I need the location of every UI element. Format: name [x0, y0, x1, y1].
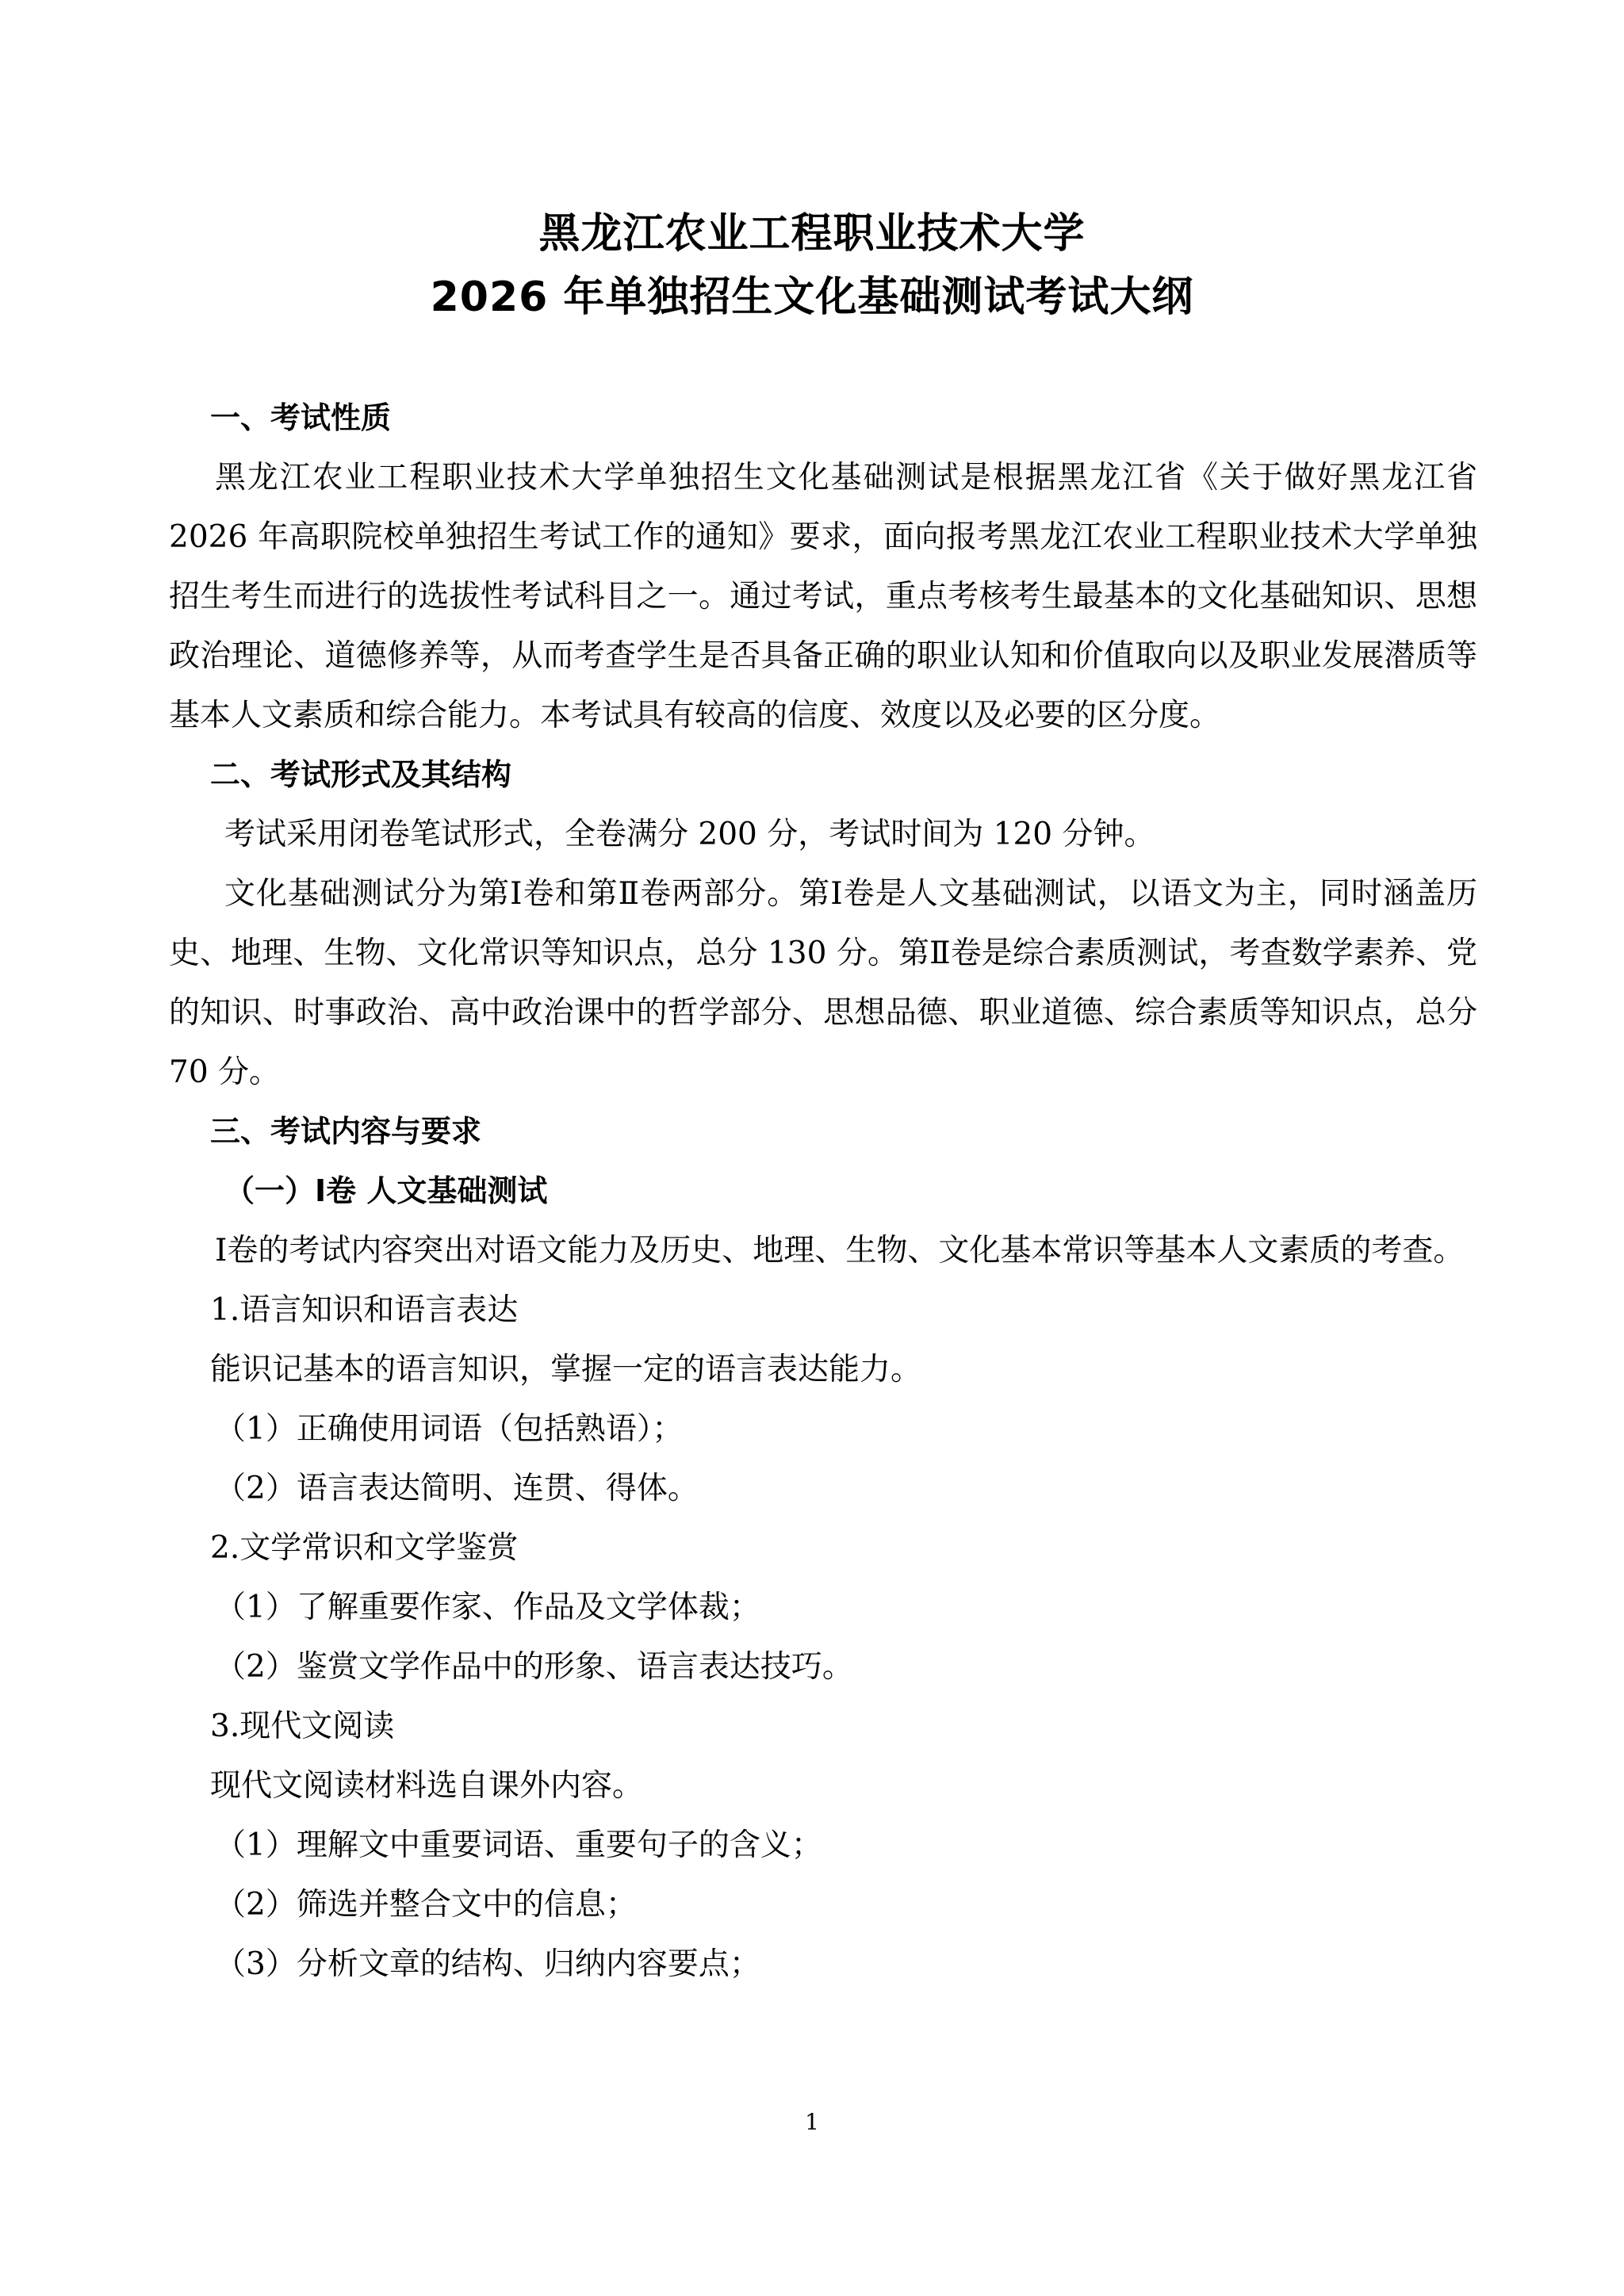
item-point: （3）分析文章的结构、归纳内容要点； — [169, 1934, 1477, 1994]
section-heading-format: 二、考试形式及其结构 — [169, 745, 1477, 805]
item-point: （1）正确使用词语（包括熟语）； — [169, 1399, 1477, 1459]
item-desc-language: 能识记基本的语言知识，掌握一定的语言表达能力。 — [169, 1340, 1477, 1399]
item-title-language: 1.语言知识和语言表达 — [169, 1280, 1477, 1340]
item-desc-modern-reading: 现代文阅读材料选自课外内容。 — [169, 1756, 1477, 1816]
paragraph-exam-structure: 文化基础测试分为第Ⅰ卷和第Ⅱ卷两部分。第Ⅰ卷是人文基础测试，以语文为主，同时涵盖… — [169, 864, 1477, 1102]
item-point: （2）鉴赏文学作品中的形象、语言表达技巧。 — [169, 1637, 1477, 1697]
document-page: 黑龙江农业工程职业技术大学 2026 年单独招生文化基础测试考试大纲 一、考试性… — [0, 0, 1624, 2296]
title-line-syllabus: 2026 年单独招生文化基础测试考试大纲 — [0, 266, 1624, 329]
document-title: 黑龙江农业工程职业技术大学 2026 年单独招生文化基础测试考试大纲 — [0, 202, 1624, 329]
section-heading-nature: 一、考试性质 — [169, 388, 1477, 448]
subsection-heading-paper1: （一）Ⅰ卷 人文基础测试 — [169, 1161, 1477, 1221]
paragraph-exam-format: 考试采用闭卷笔试形式，全卷满分 200 分，考试时间为 120 分钟。 — [169, 805, 1477, 864]
paragraph-paper1-intro: Ⅰ卷的考试内容突出对语文能力及历史、地理、生物、文化基本常识等基本人文素质的考查… — [169, 1221, 1477, 1280]
item-point: （2）筛选并整合文中的信息； — [169, 1875, 1477, 1934]
paragraph-exam-nature: 黑龙江农业工程职业技术大学单独招生文化基础测试是根据黑龙江省《关于做好黑龙江省2… — [169, 448, 1477, 745]
item-title-literature: 2.文学常识和文学鉴赏 — [169, 1518, 1477, 1578]
section-heading-content: 三、考试内容与要求 — [169, 1102, 1477, 1161]
item-point: （1）理解文中重要词语、重要句子的含义； — [169, 1816, 1477, 1875]
document-body: 一、考试性质 黑龙江农业工程职业技术大学单独招生文化基础测试是根据黑龙江省《关于… — [169, 388, 1477, 1994]
page-number: 1 — [0, 2109, 1624, 2135]
item-title-modern-reading: 3.现代文阅读 — [169, 1697, 1477, 1756]
item-point: （1）了解重要作家、作品及文学体裁； — [169, 1578, 1477, 1637]
title-line-university: 黑龙江农业工程职业技术大学 — [0, 202, 1624, 266]
item-point: （2）语言表达简明、连贯、得体。 — [169, 1459, 1477, 1518]
